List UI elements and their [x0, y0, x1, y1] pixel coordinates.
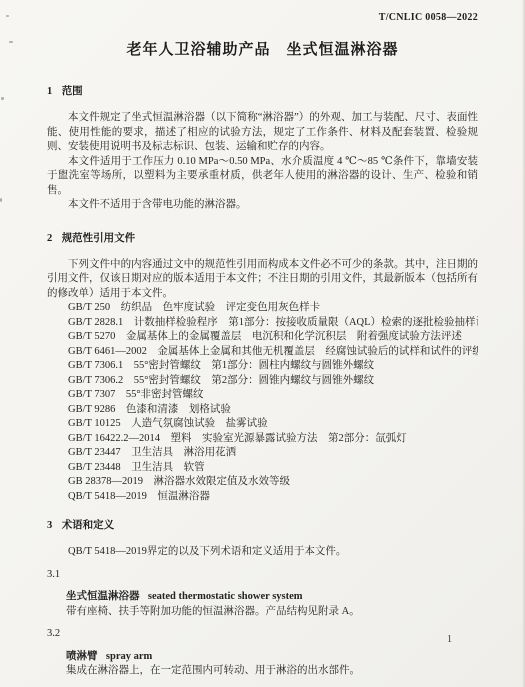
section-heading-text: 范围	[62, 86, 83, 97]
section-number: 2	[47, 233, 52, 244]
reference-item: GB/T 23448 卫生洁具 软管	[68, 461, 478, 476]
paragraph: 本文件适用于工作压力 0.10 MPa～0.50 MPa、水介质温度 4 ℃～8…	[47, 155, 478, 199]
term-en: seated thermostatic shower system	[148, 591, 303, 602]
reference-item: GB/T 6461—2002 金属基体上金属和其他无机覆盖层 经腐蚀试验后的试样…	[68, 345, 478, 360]
paragraph: 本文件不适用于含带电功能的淋浴器。	[47, 198, 478, 213]
reference-item: QB/T 5418—2019 恒温淋浴器	[68, 490, 478, 505]
term-zh: 喷淋臂	[66, 651, 98, 662]
reference-item: GB/T 9286 色漆和清漆 划格试验	[68, 403, 478, 418]
section-heading-text: 术语和定义	[62, 520, 115, 531]
term-heading: 喷淋臂spray arm	[66, 650, 478, 665]
term-zh: 坐式恒温淋浴器	[66, 591, 140, 602]
reference-item: GB/T 10125 人造气氛腐蚀试验 盐雾试验	[68, 417, 478, 432]
reference-item: GB/T 5270 金属基体上的金属覆盖层 电沉积和化学沉积层 附着强度试验方法…	[68, 330, 478, 345]
paragraph: QB/T 5418—2019界定的以及下列术语和定义适用于本文件。	[47, 545, 478, 560]
page-number: 1	[447, 634, 452, 645]
paragraph: 本文件规定了坐式恒温淋浴器（以下简称“淋浴器”）的外观、加工与装配、尺寸、表面性…	[47, 111, 478, 155]
term-number: 3.2	[47, 627, 478, 642]
page-content: T/CNLIC 0058—2022 老年人卫浴辅助产品 坐式恒温淋浴器 1范围 …	[0, 0, 525, 679]
reference-item: GB/T 7306.2 55°密封管螺纹 第2部分：圆锥内螺纹与圆锥外螺纹	[68, 374, 478, 389]
paragraph: 下列文件中的内容通过文中的规范性引用而构成本文件必不可少的条款。其中，注日期的引…	[47, 258, 478, 302]
section-heading-text: 规范性引用文件	[62, 233, 136, 244]
reference-item: GB/T 7306.1 55°密封管螺纹 第1部分：圆柱内螺纹与圆锥外螺纹	[68, 359, 478, 374]
reference-item: GB 28378—2019 淋浴器水效限定值及水效等级	[68, 475, 478, 490]
reference-item: GB/T 23447 卫生洁具 淋浴用花洒	[68, 446, 478, 461]
section-scope-body: 本文件规定了坐式恒温淋浴器（以下简称“淋浴器”）的外观、加工与装配、尺寸、表面性…	[47, 111, 478, 213]
reference-item: GB/T 7307 55°非密封管螺纹	[68, 388, 478, 403]
section-number: 1	[47, 86, 52, 97]
document-title: 老年人卫浴辅助产品 坐式恒温淋浴器	[47, 38, 478, 59]
section-references-heading: 2规范性引用文件	[47, 232, 478, 246]
section-references-body: 下列文件中的内容通过文中的规范性引用而构成本文件必不可少的条款。其中，注日期的引…	[47, 258, 478, 505]
document-page: T/CNLIC 0058—2022 老年人卫浴辅助产品 坐式恒温淋浴器 1范围 …	[0, 0, 525, 687]
reference-item: GB/T 2828.1 计数抽样检验程序 第1部分：按接收质量限（AQL）检索的…	[68, 316, 478, 331]
doc-code: T/CNLIC 0058—2022	[47, 12, 478, 23]
section-terms-heading: 3术语和定义	[47, 519, 478, 533]
term-number: 3.1	[47, 568, 478, 583]
term-definition: 带有座椅、扶手等附加功能的恒温淋浴器。产品结构见附录 A。	[66, 605, 478, 620]
section-scope-heading: 1范围	[47, 85, 478, 99]
section-number: 3	[47, 520, 52, 531]
term-en: spray arm	[106, 651, 152, 662]
reference-item: GB/T 16422.2—2014 塑料 实验室光源暴露试验方法 第2部分：氙弧…	[68, 432, 478, 447]
term-definition: 集成在淋浴器上，在一定范围内可转动、用于淋浴的出水部件。	[66, 664, 478, 679]
section-terms-body: QB/T 5418—2019界定的以及下列术语和定义适用于本文件。 3.1 坐式…	[47, 545, 478, 679]
reference-item: GB/T 250 纺织品 色牢度试验 评定变色用灰色样卡	[68, 301, 478, 316]
term-heading: 坐式恒温淋浴器seated thermostatic shower system	[66, 590, 478, 605]
